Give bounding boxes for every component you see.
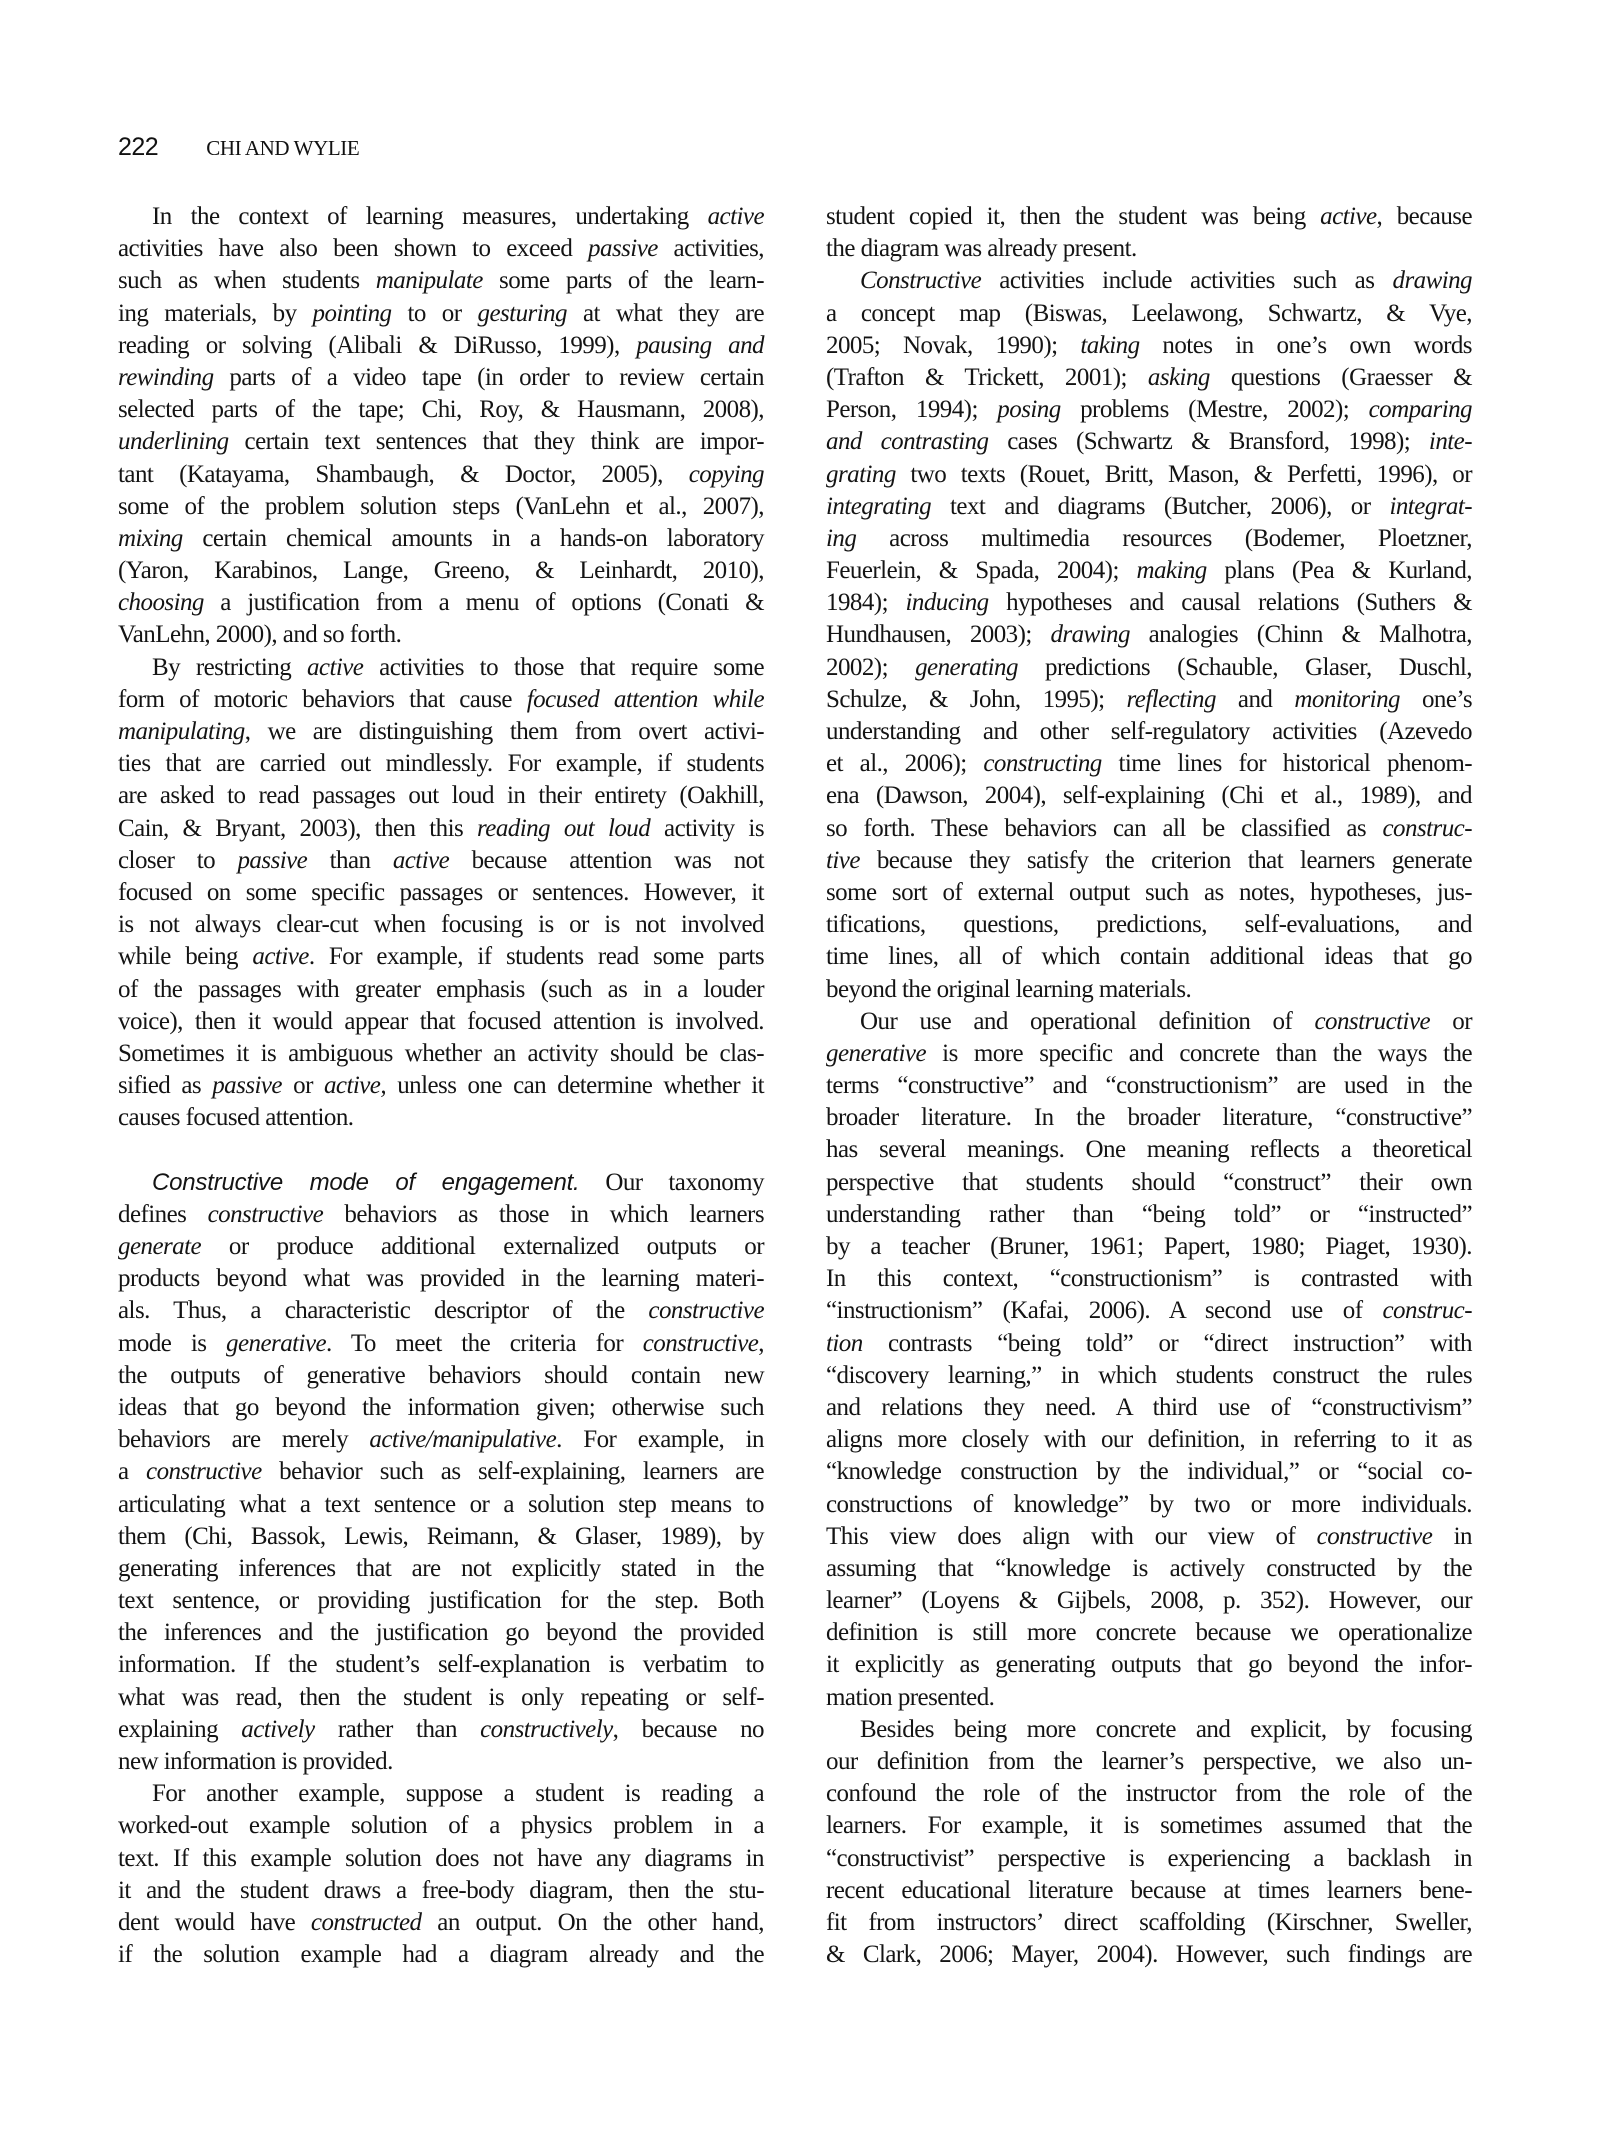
body-text: By restricting: [152, 654, 307, 681]
body-text: the outputs of generative behaviors shou…: [118, 1362, 764, 1389]
text-line: 1984); inducing hypotheses and causal re…: [826, 587, 1472, 619]
text-line: explaining actively rather than construc…: [118, 1714, 764, 1746]
body-text: tant (Katayama, Shambaugh, & Doctor, 200…: [118, 461, 689, 488]
emphasis-text: taking: [1080, 332, 1139, 359]
text-line: causes focused attention.: [118, 1102, 764, 1134]
body-text: activities have also been shown to excee…: [118, 235, 588, 262]
body-text: tifications, questions, predictions, sel…: [826, 911, 1472, 938]
text-line: 2005; Novak, 1990); taking notes in one’…: [826, 330, 1472, 362]
emphasis-text: generate: [118, 1233, 201, 1260]
body-text: recent educational literature because at…: [826, 1877, 1472, 1904]
body-text: “instructionism” (Kafai, 2006). A second…: [826, 1297, 1383, 1324]
text-line: mixing certain chemical amounts in a han…: [118, 523, 764, 555]
body-text: new information is provided.: [118, 1748, 393, 1775]
body-text: “knowledge construction by the individua…: [826, 1458, 1472, 1485]
text-line: “discovery learning,” in which students …: [826, 1360, 1472, 1392]
emphasis-text: passive: [237, 847, 307, 874]
emphasis-text: pointing: [313, 300, 392, 327]
text-line: choosing a justification from a menu of …: [118, 587, 764, 619]
text-line: “knowledge construction by the individua…: [826, 1456, 1472, 1488]
text-line: Hundhausen, 2003); drawing analogies (Ch…: [826, 619, 1472, 651]
body-text: Sometimes it is ambiguous whether an act…: [118, 1040, 764, 1067]
emphasis-text: inducing: [906, 589, 989, 616]
body-text: student copied it, then the student was …: [826, 203, 1320, 230]
text-line: constructions of knowledge” by two or mo…: [826, 1489, 1472, 1521]
text-line: Our use and operational definition of co…: [826, 1006, 1472, 1038]
body-text: Our taxonomy: [580, 1169, 764, 1196]
body-text: defines: [118, 1201, 208, 1228]
body-text: fit from instructors’ direct scaffolding…: [826, 1909, 1472, 1936]
body-text: some of the problem solution steps (VanL…: [118, 493, 764, 520]
emphasis-text: gesturing: [478, 300, 568, 327]
body-text: across multimedia resources (Bodemer, Pl…: [856, 525, 1472, 552]
body-text: (Trafton & Trickett, 2001);: [826, 364, 1148, 391]
emphasis-text: constructing: [983, 750, 1101, 777]
emphasis-text: reflecting: [1127, 686, 1216, 713]
text-line: understanding and other self-regulatory …: [826, 716, 1472, 748]
text-line: mode is generative. To meet the criteria…: [118, 1328, 764, 1360]
body-text: a justification from a menu of options (…: [204, 589, 764, 616]
emphasis-text: active: [1320, 203, 1376, 230]
body-text: by a teacher (Bruner, 1961; Papert, 1980…: [826, 1233, 1472, 1260]
body-text: , because no: [613, 1716, 764, 1743]
body-text: than: [307, 847, 393, 874]
emphasis-text: reading out loud: [477, 815, 650, 842]
body-text: understanding rather than “being told” o…: [826, 1201, 1472, 1228]
text-line: focused on some specific passages or sen…: [118, 877, 764, 909]
text-line: broader literature. In the broader liter…: [826, 1102, 1472, 1134]
text-line: them (Chi, Bassok, Lewis, Reimann, & Gla…: [118, 1521, 764, 1553]
text-line: defines constructive behaviors as those …: [118, 1199, 764, 1231]
text-line: generative is more specific and concrete…: [826, 1038, 1472, 1070]
body-text: some sort of external output such as not…: [826, 879, 1472, 906]
text-line: assuming that “knowledge is actively con…: [826, 1553, 1472, 1585]
body-text: . For example, if students read some par…: [309, 943, 764, 970]
text-line: underlining certain text sentences that …: [118, 426, 764, 458]
body-text: at what they are: [567, 300, 764, 327]
body-text: dent would have: [118, 1909, 311, 1936]
body-text: rather than: [315, 1716, 481, 1743]
body-text: definition is still more concrete becaus…: [826, 1619, 1472, 1646]
body-text: Feuerlein, & Spada, 2004);: [826, 557, 1136, 584]
text-line: tifications, questions, predictions, sel…: [826, 909, 1472, 941]
body-text: . For example, in: [556, 1426, 764, 1453]
emphasis-text: asking: [1148, 364, 1210, 391]
emphasis-text: Constructive: [860, 267, 981, 294]
body-text: selected parts of the tape; Chi, Roy, & …: [118, 396, 764, 423]
body-text: them (Chi, Bassok, Lewis, Reimann, & Gla…: [118, 1523, 764, 1550]
text-line: tion contrasts “being told” or “direct i…: [826, 1328, 1472, 1360]
text-line: By restricting active activities to thos…: [118, 652, 764, 684]
emphasis-text: generating: [915, 654, 1018, 681]
text-line: student copied it, then the student was …: [826, 201, 1472, 233]
body-text: Besides being more concrete and explicit…: [860, 1716, 1472, 1743]
body-text: analogies (Chinn & Malhotra,: [1130, 621, 1472, 648]
emphasis-text: drawing: [1050, 621, 1130, 648]
text-line: tant (Katayama, Shambaugh, & Doctor, 200…: [118, 459, 764, 491]
text-line: reading or solving (Alibali & DiRusso, 1…: [118, 330, 764, 362]
body-text: In this context, “constructionism” is co…: [826, 1265, 1472, 1292]
body-text: “discovery learning,” in which students …: [826, 1362, 1472, 1389]
emphasis-text: inte-: [1429, 428, 1472, 455]
body-text: our definition from the learner’s perspe…: [826, 1748, 1472, 1775]
text-line: In this context, “constructionism” is co…: [826, 1263, 1472, 1295]
text-line: fit from instructors’ direct scaffolding…: [826, 1907, 1472, 1939]
emphasis-text: monitoring: [1294, 686, 1400, 713]
text-line: some sort of external output such as not…: [826, 877, 1472, 909]
text-line: definition is still more concrete becaus…: [826, 1617, 1472, 1649]
text-line: new information is provided.: [118, 1746, 764, 1778]
text-line: Person, 1994); posing problems (Mestre, …: [826, 394, 1472, 426]
body-text: learners. For example, it is sometimes a…: [826, 1812, 1472, 1839]
body-text: Schulze, & John, 1995);: [826, 686, 1127, 713]
body-text: causes focused attention.: [118, 1104, 353, 1131]
emphasis-text: active,: [324, 1072, 386, 1099]
text-line: (Yaron, Karabinos, Lange, Greeno, & Lein…: [118, 555, 764, 587]
body-text: learner” (Loyens & Gijbels, 2008, p. 352…: [826, 1587, 1472, 1614]
text-line: & Clark, 2006; Mayer, 2004). However, su…: [826, 1939, 1472, 1971]
section-heading: Constructive mode of engagement.: [152, 1169, 580, 1196]
text-line: information. If the student’s self-expla…: [118, 1649, 764, 1681]
body-text: cases (Schwartz & Bransford, 1998);: [988, 428, 1428, 455]
text-line: Besides being more concrete and explicit…: [826, 1714, 1472, 1746]
body-text: predictions (Schauble, Glaser, Duschl,: [1018, 654, 1472, 681]
body-text: it explicitly as generating outputs that…: [826, 1651, 1472, 1678]
body-text: . To meet the criteria for: [326, 1330, 643, 1357]
body-text: or: [282, 1072, 324, 1099]
text-line: generate or produce additional externali…: [118, 1231, 764, 1263]
body-text: one’s: [1400, 686, 1472, 713]
text-line: Sometimes it is ambiguous whether an act…: [118, 1038, 764, 1070]
text-line: text. If this example solution does not …: [118, 1843, 764, 1875]
text-line: the outputs of generative behaviors shou…: [118, 1360, 764, 1392]
page-header: 222 CHI AND WYLIE: [118, 133, 359, 169]
body-text: contrasts “being told” or “direct instru…: [863, 1330, 1472, 1357]
body-text: activities,: [658, 235, 764, 262]
text-line: manipulating, we are distinguishing them…: [118, 716, 764, 748]
body-text: ing materials, by: [118, 300, 313, 327]
text-line: In the context of learning measures, und…: [118, 201, 764, 233]
emphasis-text: constructive: [648, 1297, 764, 1324]
emphasis-text: constructive: [208, 1201, 324, 1228]
body-text: understanding and other self-regulatory …: [826, 718, 1472, 745]
body-text: because they satisfy the criterion that …: [860, 847, 1472, 874]
emphasis-text: active: [708, 203, 764, 230]
body-text: are asked to read passages out loud in t…: [118, 782, 764, 809]
text-line: of the passages with greater emphasis (s…: [118, 974, 764, 1006]
emphasis-text: posing: [997, 396, 1060, 423]
emphasis-text: manipulating: [118, 718, 245, 745]
text-line: time lines, all of which contain additio…: [826, 941, 1472, 973]
body-text: the inferences and the justification go …: [118, 1619, 764, 1646]
body-text: sified as: [118, 1072, 212, 1099]
body-text: mation presented.: [826, 1684, 994, 1711]
body-text: unless one can determine whether it: [386, 1072, 764, 1099]
emphasis-text: copying: [689, 461, 764, 488]
body-text: reading or solving (Alibali & DiRusso, 1…: [118, 332, 636, 359]
text-line: the inferences and the justification go …: [118, 1617, 764, 1649]
body-text: the diagram was already present.: [826, 235, 1137, 262]
body-text: ideas that go beyond the information giv…: [118, 1394, 764, 1421]
body-text: such as when students: [118, 267, 376, 294]
body-text: or produce additional externalized outpu…: [201, 1233, 764, 1260]
body-text: problems (Mestre, 2002);: [1061, 396, 1369, 423]
emphasis-text: drawing: [1393, 267, 1473, 294]
emphasis-text: passive: [212, 1072, 282, 1099]
body-text: text sentence, or providing justificatio…: [118, 1587, 764, 1614]
body-text: to or: [391, 300, 477, 327]
body-text: time lines for historical phenom-: [1102, 750, 1472, 777]
text-line: closer to passive than active because at…: [118, 845, 764, 877]
body-text: als. Thus, a characteristic descriptor o…: [118, 1297, 648, 1324]
text-line: ties that are carried out mindlessly. Fo…: [118, 748, 764, 780]
body-text: explaining: [118, 1716, 241, 1743]
text-line: such as when students manipulate some pa…: [118, 265, 764, 297]
text-line: it explicitly as generating outputs that…: [826, 1649, 1472, 1681]
text-line: while being active. For example, if stud…: [118, 941, 764, 973]
body-text: mode is: [118, 1330, 226, 1357]
body-text: 2005; Novak, 1990);: [826, 332, 1080, 359]
body-text: Person, 1994);: [826, 396, 997, 423]
body-text: confound the role of the instructor from…: [826, 1780, 1472, 1807]
body-text: in: [1432, 1523, 1472, 1550]
left-column: In the context of learning measures, und…: [118, 201, 764, 1971]
emphasis-text: constructive: [1317, 1523, 1433, 1550]
text-line: aligns more closely with our definition,…: [826, 1424, 1472, 1456]
text-line: and contrasting cases (Schwartz & Bransf…: [826, 426, 1472, 458]
section-heading-line: Constructive mode of engagement. Our tax…: [118, 1167, 764, 1199]
text-line: what was read, then the student is only …: [118, 1682, 764, 1714]
text-line: terms “constructive” and “constructionis…: [826, 1070, 1472, 1102]
emphasis-text: integrat-: [1389, 493, 1472, 520]
body-text: activities to those that require some: [363, 654, 764, 681]
emphasis-text: and contrasting: [826, 428, 988, 455]
text-line: For another example, suppose a student i…: [118, 1778, 764, 1810]
body-text: if the solution example had a diagram al…: [118, 1941, 764, 1968]
text-line: products beyond what was provided in the…: [118, 1263, 764, 1295]
text-line: et al., 2006); constructing time lines f…: [826, 748, 1472, 780]
right-column: student copied it, then the student was …: [826, 201, 1472, 1971]
text-line: voice), then it would appear that focuse…: [118, 1006, 764, 1038]
emphasis-text: actively: [241, 1716, 314, 1743]
body-text: it and the student draws a free-body dia…: [118, 1877, 764, 1904]
text-line: generating inferences that are not expli…: [118, 1553, 764, 1585]
text-line: are asked to read passages out loud in t…: [118, 780, 764, 812]
body-text: assuming that “knowledge is actively con…: [826, 1555, 1472, 1582]
text-line: text sentence, or providing justificatio…: [118, 1585, 764, 1617]
text-line: “instructionism” (Kafai, 2006). A second…: [826, 1295, 1472, 1327]
text-line: (Trafton & Trickett, 2001); asking quest…: [826, 362, 1472, 394]
text-line: als. Thus, a characteristic descriptor o…: [118, 1295, 764, 1327]
body-text: Hundhausen, 2003);: [826, 621, 1050, 648]
emphasis-text: construc-: [1383, 815, 1472, 842]
text-line: articulating what a text sentence or a s…: [118, 1489, 764, 1521]
body-text: is not always clear-cut when focusing is…: [118, 911, 764, 938]
body-text: behavior such as self-explaining, learne…: [262, 1458, 764, 1485]
text-line: activities have also been shown to excee…: [118, 233, 764, 265]
body-text: For another example, suppose a student i…: [152, 1780, 764, 1807]
text-line: and relations they need. A third use of …: [826, 1392, 1472, 1424]
text-line: has several meanings. One meaning reflec…: [826, 1134, 1472, 1166]
body-text: time lines, all of which contain additio…: [826, 943, 1472, 970]
text-line: grating two texts (Rouet, Britt, Mason, …: [826, 459, 1472, 491]
emphasis-text: constructive: [146, 1458, 262, 1485]
text-line: learner” (Loyens & Gijbels, 2008, p. 352…: [826, 1585, 1472, 1617]
body-text: a concept map (Biswas, Leelawong, Schwar…: [826, 300, 1472, 327]
text-line: ena (Dawson, 2004), self-explaining (Chi…: [826, 780, 1472, 812]
body-text: focused on some specific passages or sen…: [118, 879, 764, 906]
page-number: 222: [118, 133, 158, 162]
body-text: articulating what a text sentence or a s…: [118, 1491, 764, 1518]
body-text: closer to: [118, 847, 237, 874]
text-line: understanding rather than “being told” o…: [826, 1199, 1472, 1231]
body-text: (Yaron, Karabinos, Lange, Greeno, & Lein…: [118, 557, 764, 584]
text-line: dent would have constructed an output. O…: [118, 1907, 764, 1939]
text-line: VanLehn, 2000), and so forth.: [118, 619, 764, 651]
body-text: because attention was not: [449, 847, 764, 874]
body-text: aligns more closely with our definition,…: [826, 1426, 1472, 1453]
emphasis-text: constructively: [480, 1716, 613, 1743]
text-line: Constructive activities include activiti…: [826, 265, 1472, 297]
body-text: behaviors are merely: [118, 1426, 369, 1453]
body-text: certain text sentences that they think a…: [229, 428, 764, 455]
text-line: behaviors are merely active/manipulative…: [118, 1424, 764, 1456]
emphasis-text: construc-: [1383, 1297, 1472, 1324]
body-text: VanLehn, 2000), and so forth.: [118, 621, 401, 648]
text-line: sified as passive or active, unless one …: [118, 1070, 764, 1102]
body-text: ,: [758, 1330, 764, 1357]
emphasis-text: integrating: [826, 493, 931, 520]
text-line: perspective that students should “constr…: [826, 1167, 1472, 1199]
body-text: products beyond what was provided in the…: [118, 1265, 764, 1292]
body-text: generating inferences that are not expli…: [118, 1555, 764, 1582]
body-text: so forth. These behaviors can all be cla…: [826, 815, 1383, 842]
text-line: is not always clear-cut when focusing is…: [118, 909, 764, 941]
text-line: some of the problem solution steps (VanL…: [118, 491, 764, 523]
text-line: selected parts of the tape; Chi, Roy, & …: [118, 394, 764, 426]
text-line: “constructivist” perspective is experien…: [826, 1843, 1472, 1875]
running-head: CHI AND WYLIE: [206, 136, 359, 161]
emphasis-text: comparing: [1369, 396, 1472, 423]
text-line: 2002); generating predictions (Schauble,…: [826, 652, 1472, 684]
emphasis-text: manipulate: [376, 267, 483, 294]
emphasis-text: choosing: [118, 589, 204, 616]
body-text: , we are distinguishing them from overt …: [245, 718, 764, 745]
body-text: of the passages with greater emphasis (s…: [118, 976, 764, 1003]
body-text: “constructivist” perspective is experien…: [826, 1845, 1472, 1872]
emphasis-text: rewinding: [118, 364, 214, 391]
text-line: learners. For example, it is sometimes a…: [826, 1810, 1472, 1842]
text-line: Cain, & Bryant, 2003), then this reading…: [118, 813, 764, 845]
body-text: In the context of learning measures, und…: [152, 203, 708, 230]
body-text: activities include activities such as: [981, 267, 1392, 294]
emphasis-text: making: [1136, 557, 1206, 584]
body-text: ena (Dawson, 2004), self-explaining (Chi…: [826, 782, 1472, 809]
body-text: a: [118, 1458, 146, 1485]
body-text: information. If the student’s self-expla…: [118, 1651, 764, 1678]
body-text: This view does align with our view of: [826, 1523, 1317, 1550]
text-line: if the solution example had a diagram al…: [118, 1939, 764, 1971]
emphasis-text: constructive: [643, 1330, 759, 1357]
body-text: an output. On the other hand,: [422, 1909, 765, 1936]
body-text: , because: [1377, 203, 1472, 230]
emphasis-text: tive: [826, 847, 860, 874]
emphasis-text: active: [307, 654, 363, 681]
emphasis-text: constructed: [311, 1909, 422, 1936]
body-text: form of motoric behaviors that cause: [118, 686, 527, 713]
emphasis-text: pausing and: [636, 332, 764, 359]
body-text: some parts of the learn-: [483, 267, 764, 294]
text-line: This view does align with our view of co…: [826, 1521, 1472, 1553]
body-text: constructions of knowledge” by two or mo…: [826, 1491, 1472, 1518]
body-text: certain chemical amounts in a hands-on l…: [183, 525, 764, 552]
body-text: plans (Pea & Kurland,: [1207, 557, 1472, 584]
emphasis-text: constructive: [1314, 1008, 1430, 1035]
text-line: Feuerlein, & Spada, 2004); making plans …: [826, 555, 1472, 587]
body-text: & Clark, 2006; Mayer, 2004). However, su…: [826, 1941, 1472, 1968]
emphasis-text: underlining: [118, 428, 229, 455]
body-text: hypotheses and causal relations (Suthers…: [989, 589, 1472, 616]
body-text: terms “constructive” and “constructionis…: [826, 1072, 1472, 1099]
text-line: our definition from the learner’s perspe…: [826, 1746, 1472, 1778]
body-text: beyond the original learning materials.: [826, 976, 1191, 1003]
text-line: tive because they satisfy the criterion …: [826, 845, 1472, 877]
text-line: a constructive behavior such as self-exp…: [118, 1456, 764, 1488]
body-text: Our use and operational definition of: [860, 1008, 1314, 1035]
body-text: and: [1216, 686, 1294, 713]
body-text: activity is: [650, 815, 764, 842]
body-text: has several meanings. One meaning reflec…: [826, 1136, 1472, 1163]
body-text: while being: [118, 943, 252, 970]
emphasis-text: mixing: [118, 525, 183, 552]
text-line: ing across multimedia resources (Bodemer…: [826, 523, 1472, 555]
body-text: broader literature. In the broader liter…: [826, 1104, 1472, 1131]
body-text: or: [1430, 1008, 1472, 1035]
text-line: mation presented.: [826, 1682, 1472, 1714]
emphasis-text: focused attention while: [527, 686, 764, 713]
emphasis-text: ing: [826, 525, 856, 552]
emphasis-text: generative: [226, 1330, 326, 1357]
body-text: what was read, then the student is only …: [118, 1684, 764, 1711]
emphasis-text: tion: [826, 1330, 863, 1357]
text-line: worked-out example solution of a physics…: [118, 1810, 764, 1842]
emphasis-text: active: [252, 943, 308, 970]
text-line: it and the student draws a free-body dia…: [118, 1875, 764, 1907]
emphasis-text: grating: [826, 461, 896, 488]
text-line: ideas that go beyond the information giv…: [118, 1392, 764, 1424]
body-text: parts of a video tape (in order to revie…: [214, 364, 764, 391]
body-text: 2002);: [826, 654, 915, 681]
text-line: a concept map (Biswas, Leelawong, Schwar…: [826, 298, 1472, 330]
body-text: two texts (Rouet, Britt, Mason, & Perfet…: [896, 461, 1472, 488]
body-text: worked-out example solution of a physics…: [118, 1812, 764, 1839]
emphasis-text: generative: [826, 1040, 926, 1067]
body-text: et al., 2006);: [826, 750, 983, 777]
body-text: behaviors as those in which learners: [323, 1201, 764, 1228]
text-line: integrating text and diagrams (Butcher, …: [826, 491, 1472, 523]
text-line: rewinding parts of a video tape (in orde…: [118, 362, 764, 394]
body-text: perspective that students should “constr…: [826, 1169, 1472, 1196]
text-line: confound the role of the instructor from…: [826, 1778, 1472, 1810]
body-text: is more specific and concrete than the w…: [926, 1040, 1472, 1067]
text-line: recent educational literature because at…: [826, 1875, 1472, 1907]
body-text: notes in one’s own words: [1140, 332, 1472, 359]
body-text: ties that are carried out mindlessly. Fo…: [118, 750, 764, 777]
body-text: text and diagrams (Butcher, 2006), or: [931, 493, 1389, 520]
text-line: ing materials, by pointing to or gesturi…: [118, 298, 764, 330]
text-line: the diagram was already present.: [826, 233, 1472, 265]
body-text: questions (Graesser &: [1210, 364, 1472, 391]
